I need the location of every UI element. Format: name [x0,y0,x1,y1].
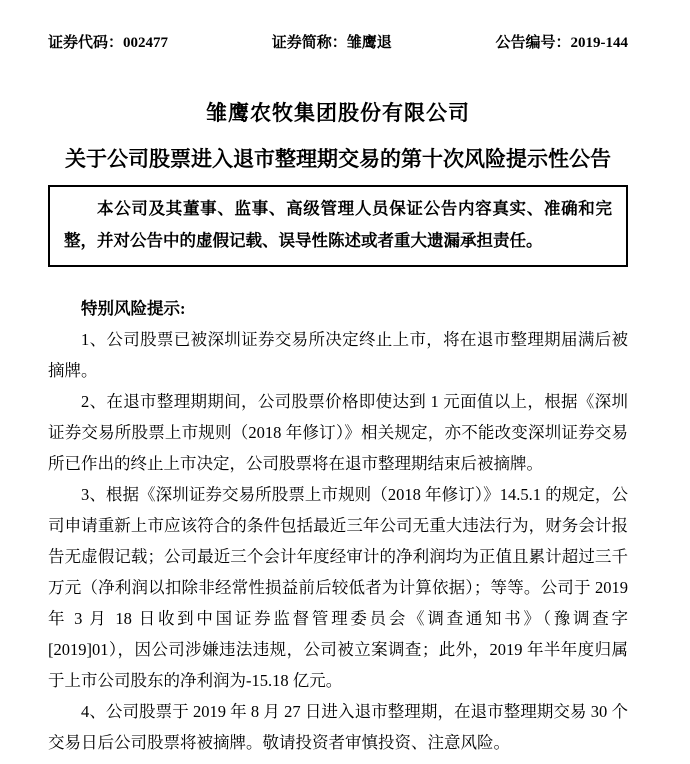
announcement-page: 证券代码：002477 证券简称：雏鹰退 公告编号：2019-144 雏鹰农牧集… [0,0,690,764]
announcement-body: 特别风险提示: 1、公司股票已被深圳证券交易所决定终止上市，将在退市整理期届满后… [48,293,628,758]
risk-heading: 特别风险提示: [48,293,628,324]
document-header: 证券代码：002477 证券简称：雏鹰退 公告编号：2019-144 [48,33,628,54]
paragraph-2: 2、在退市整理期期间，公司股票价格即使达到 1 元面值以上，根据《深圳证券交易所… [48,386,628,479]
stock-short-name: 证券简称：雏鹰退 [272,33,392,54]
paragraph-3: 3、根据《深圳证券交易所股票上市规则（2018 年修订）》14.5.1 的规定，… [48,479,628,696]
paragraph-1: 1、公司股票已被深圳证券交易所决定终止上市，将在退市整理期届满后被摘牌。 [48,324,628,386]
announcement-title: 关于公司股票进入退市整理期交易的第十次风险提示性公告 [48,145,628,175]
announcement-number: 公告编号：2019-144 [496,33,629,54]
company-name-title: 雏鹰农牧集团股份有限公司 [48,99,628,129]
paragraph-4: 4、公司股票于 2019 年 8 月 27 日进入退市整理期，在退市整理期交易 … [48,696,628,758]
disclaimer-box: 本公司及其董事、监事、高级管理人员保证公告内容真实、准确和完整，并对公告中的虚假… [48,185,628,267]
stock-code: 证券代码：002477 [48,33,168,54]
disclaimer-text: 本公司及其董事、监事、高级管理人员保证公告内容真实、准确和完整，并对公告中的虚假… [64,193,612,257]
